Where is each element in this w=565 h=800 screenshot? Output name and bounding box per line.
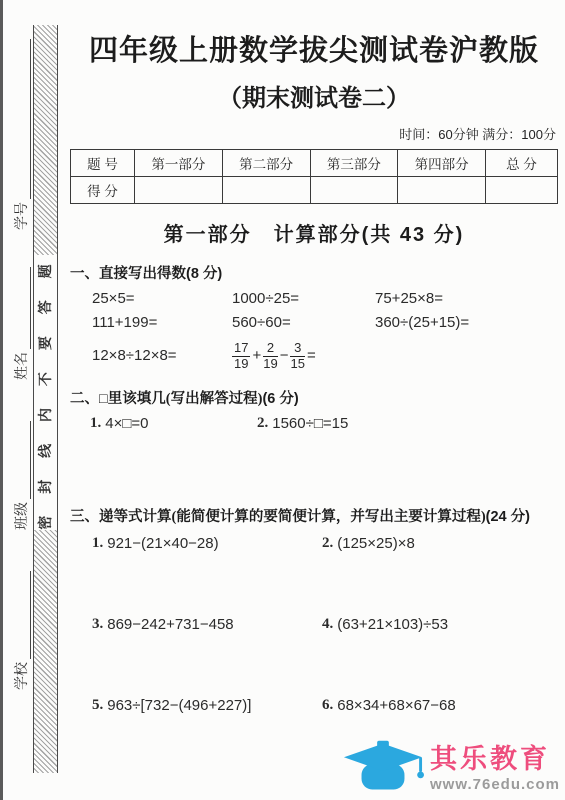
paper-main: 四年级上册数学拔尖测试卷沪教版 （期末测试卷二） 时间：60分钟 满分：100分… xyxy=(70,0,558,714)
score-table-header-row: 题 号 第一部分 第二部分 第三部分 第四部分 总 分 xyxy=(71,150,558,177)
problem-360div25plus15: 360÷(25+15)= xyxy=(375,314,558,331)
problem-1560divbox: 2.1560÷□=15 xyxy=(257,415,348,432)
sec3-row2: 3.869−242+731−458 4.(63+21×103)÷53 xyxy=(70,616,558,633)
problem-921: 1.921−(21×40−28) xyxy=(92,535,322,552)
score-header-part4: 第四部分 xyxy=(398,150,486,177)
score-header-part1: 第一部分 xyxy=(135,150,223,177)
field-student-number: 学号 xyxy=(5,25,31,230)
graduation-cap-icon xyxy=(342,740,424,798)
brand-url: www.76edu.com xyxy=(430,776,560,793)
problem-4xbox: 1.4×□=0 xyxy=(90,415,257,432)
sec3-row3: 5.963÷[732−(496+227)] 6.68×34+68×67−68 xyxy=(70,697,558,714)
score-table: 题 号 第一部分 第二部分 第三部分 第四部分 总 分 得 分 xyxy=(70,149,558,204)
field-class-label: 班级 xyxy=(11,502,31,530)
seal-hatch-bottom xyxy=(34,530,57,773)
brand-logo: 其乐教育 www.76edu.com xyxy=(342,740,560,798)
score-cell-part1 xyxy=(135,177,223,204)
problem-fractions: 1719+219−315= xyxy=(232,341,375,372)
field-class: 班级 xyxy=(5,408,31,530)
section3-heading: 三、递等式计算(能简便计算的要简便计算，并写出主要计算过程)(24 分) xyxy=(70,505,558,526)
paper-subtitle: （期末测试卷二） xyxy=(70,78,558,113)
equals-sign: = xyxy=(305,347,318,364)
score-cell-part2 xyxy=(222,177,310,204)
fraction-2-19: 219 xyxy=(263,341,277,372)
score-header-question: 题 号 xyxy=(71,150,135,177)
field-name: 姓名 xyxy=(5,255,31,380)
problem-25x5: 25×5= xyxy=(92,290,232,307)
problem-75plus25x8: 75+25×8= xyxy=(375,290,558,307)
sec1-row3: 12×8÷12×8= 1719+219−315= xyxy=(70,341,558,372)
part1-heading: 第一部分 计算部分(共 43 分) xyxy=(70,218,558,247)
score-cell-part4 xyxy=(398,177,486,204)
section1-heading: 一、直接写出得数(8 分) xyxy=(70,262,558,283)
section2-note: (写出解答过程) xyxy=(166,391,263,407)
fraction-17-19: 1719 xyxy=(232,341,250,372)
field-school-blank xyxy=(16,571,31,659)
problem-12x8div12x8: 12×8÷12×8= xyxy=(92,347,232,364)
score-cell-part3 xyxy=(310,177,398,204)
field-class-blank xyxy=(16,421,31,499)
problem-68x34: 6.68×34+68×67−68 xyxy=(322,697,558,714)
field-student-number-blank xyxy=(16,39,31,199)
problem-63plus21x103: 4.(63+21×103)÷53 xyxy=(322,616,558,633)
field-school: 学校 xyxy=(5,555,31,690)
score-header-part2: 第二部分 xyxy=(222,150,310,177)
seal-hatch-top xyxy=(34,25,57,255)
brand-text-block: 其乐教育 www.76edu.com xyxy=(430,745,560,792)
problem-111plus199: 111+199= xyxy=(92,314,232,331)
problem-1000div25: 1000÷25= xyxy=(232,290,375,307)
sec1-row1: 25×5= 1000÷25= 75+25×8= xyxy=(70,290,558,307)
minus-sign: − xyxy=(278,347,291,364)
workspace-gap xyxy=(70,432,558,490)
scan-edge xyxy=(0,0,3,800)
sec1-row2: 111+199= 560÷60= 360÷(25+15)= xyxy=(70,314,558,331)
field-student-number-label: 学号 xyxy=(11,202,31,230)
seal-text-area: 密 封 线 内 不 要 答 题 xyxy=(34,255,57,530)
fraction-3-15: 315 xyxy=(290,341,304,372)
brand-name: 其乐教育 xyxy=(430,745,560,773)
problem-560div60: 560÷60= xyxy=(232,314,375,331)
seal-line-text: 密 封 线 内 不 要 答 题 xyxy=(35,255,56,530)
field-school-label: 学校 xyxy=(11,662,31,690)
field-name-blank xyxy=(16,267,31,349)
sec2-problems: 1.4×□=0 2.1560÷□=15 xyxy=(70,415,558,432)
score-header-part3: 第三部分 xyxy=(310,150,398,177)
time-score-info: 时间：60分钟 满分：100分 xyxy=(70,124,558,143)
problem-125x25x8: 2.(125×25)×8 xyxy=(322,535,558,552)
seal-band: 密 封 线 内 不 要 答 题 xyxy=(33,25,58,773)
section3-note: (能简便计算的要简便计算，并写出主要计算过程) xyxy=(172,509,486,525)
section2-heading: 二、□里该填几(写出解答过程)(6 分) xyxy=(70,387,558,408)
paper-title: 四年级上册数学拔尖测试卷沪教版 xyxy=(70,28,558,69)
score-cell-total xyxy=(486,177,558,204)
problem-869: 3.869−242+731−458 xyxy=(92,616,322,633)
field-name-label: 姓名 xyxy=(11,352,31,380)
problem-963: 5.963÷[732−(496+227)] xyxy=(92,697,322,714)
score-header-total: 总 分 xyxy=(486,150,558,177)
score-row-label: 得 分 xyxy=(71,177,135,204)
sec3-row1: 1.921−(21×40−28) 2.(125×25)×8 xyxy=(70,535,558,552)
plus-sign: + xyxy=(250,347,263,364)
score-table-score-row: 得 分 xyxy=(71,177,558,204)
